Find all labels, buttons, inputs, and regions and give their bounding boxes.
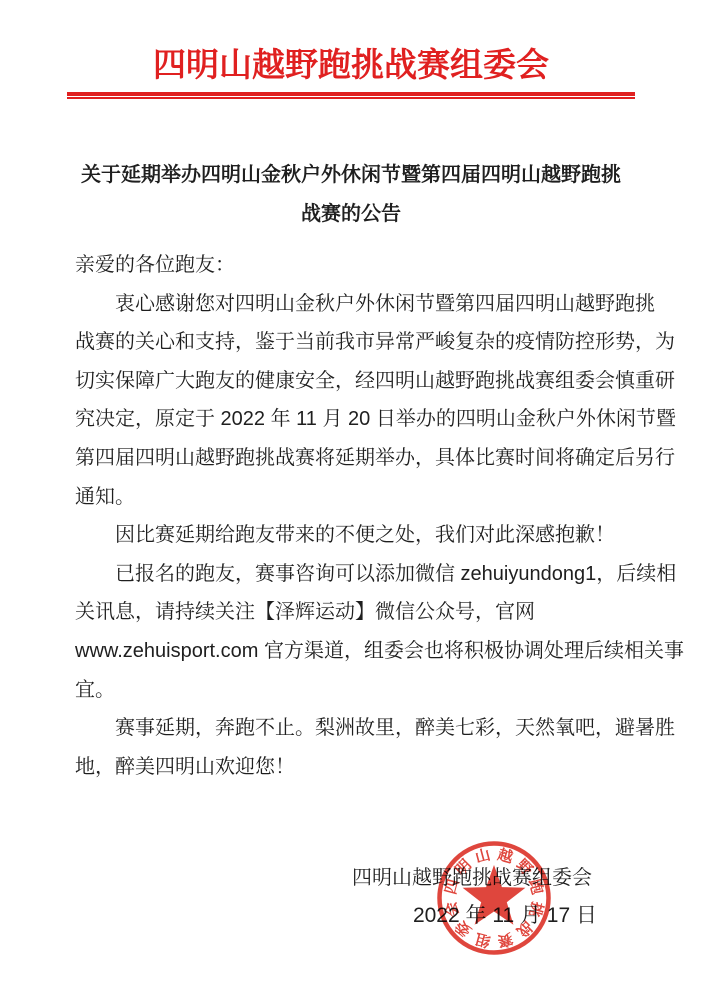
body-line: 赛事延期，奔跑不止。梨洲故里，醉美七彩，天然氧吧，避暑胜 (75, 709, 630, 748)
body-line: 究决定，原定于 2022 年 11 月 20 日举办的四明山金秋户外休闲节暨 (75, 400, 630, 439)
body-line: 战赛的关心和支持，鉴于当前我市异常严峻复杂的疫情防控形势，为 (75, 323, 630, 362)
signature-block: 四明山越野跑挑战赛组委会 2022 年 11 月 17 日 (75, 859, 630, 935)
letterhead-org-title: 四明山越野跑挑战赛组委会 (0, 45, 702, 87)
announcement-title-line-2: 战赛的公告 (0, 195, 702, 234)
body-line: 关讯息，请持续关注【泽辉运动】微信公众号，官网 (75, 593, 630, 632)
body-line: 亲爱的各位跑友： (75, 246, 630, 285)
body-line: 切实保障广大跑友的健康安全，经四明山越野跑挑战赛组委会慎重研 (75, 362, 630, 401)
announcement-title-line-1: 关于延期举办四明山金秋户外休闲节暨第四届四明山越野跑挑 (0, 156, 702, 195)
body-line: www.zehuisport.com 官方渠道，组委会也将积极协调处理后续相关事 (75, 632, 630, 671)
body-line: 地，醉美四明山欢迎您！ (75, 748, 630, 787)
body-line: 第四届四明山越野跑挑战赛将延期举办，具体比赛时间将确定后另行 (75, 439, 630, 478)
body-line: 因比赛延期给跑友带来的不便之处，我们对此深感抱歉！ (75, 516, 630, 555)
document-page: 四明山越野跑挑战赛组委会 关于延期举办四明山金秋户外休闲节暨第四届四明山越野跑挑… (0, 0, 702, 993)
body-line: 通知。 (75, 478, 630, 517)
signature-org: 四明山越野跑挑战赛组委会 (75, 859, 630, 897)
announcement-title: 关于延期举办四明山金秋户外休闲节暨第四届四明山越野跑挑 战赛的公告 (0, 156, 702, 234)
body-lines: 亲爱的各位跑友：衷心感谢您对四明山金秋户外休闲节暨第四届四明山越野跑挑战赛的关心… (75, 246, 630, 786)
signature-date: 2022 年 11 月 17 日 (75, 897, 630, 935)
body-line: 已报名的跑友，赛事咨询可以添加微信 zehuiyundong1，后续相 (75, 555, 630, 594)
letterhead-rule (67, 92, 635, 99)
body-line: 衷心感谢您对四明山金秋户外休闲节暨第四届四明山越野跑挑 (75, 285, 630, 324)
body-line: 宜。 (75, 671, 630, 710)
